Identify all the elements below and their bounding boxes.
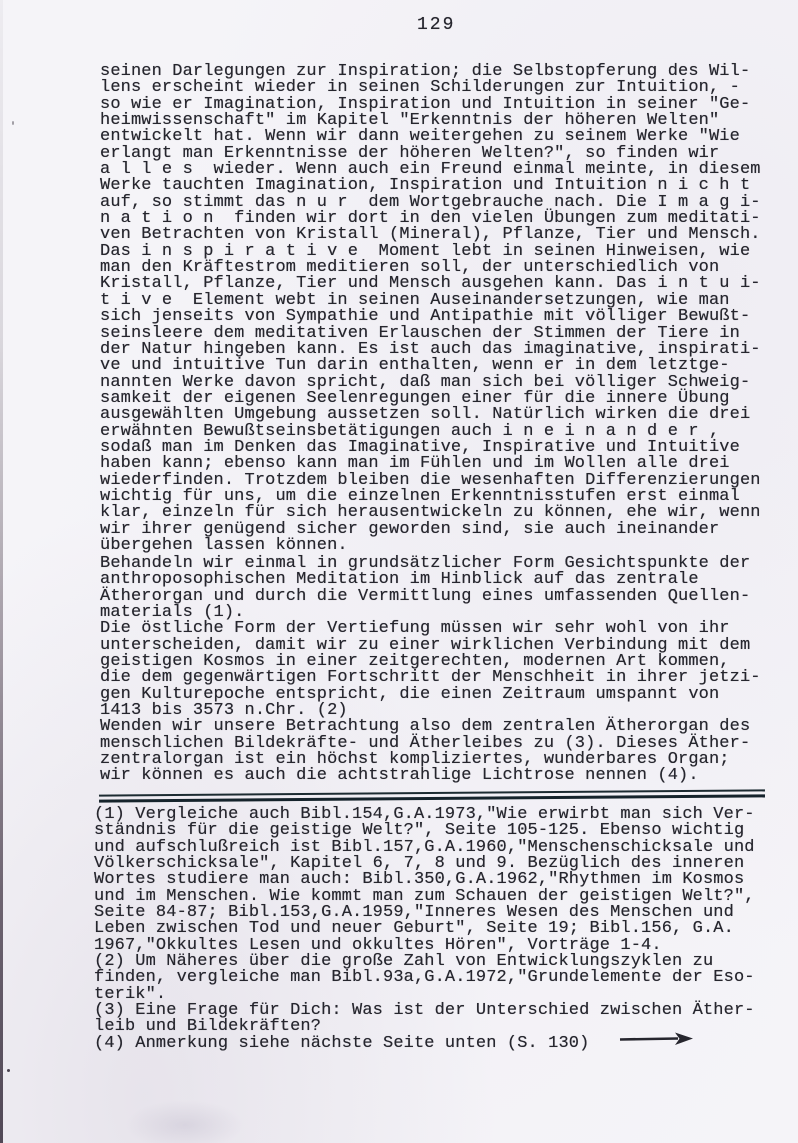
footnote-separator-rule: [99, 789, 765, 803]
text-line: wir können es auch die achtstrahlige Lic…: [100, 768, 761, 784]
scan-shadow: [125, 1100, 245, 1143]
right-arrow-icon: [618, 1029, 696, 1049]
scan-edge-artifact: [0, 0, 3, 1143]
text-line: übergehen lassen können.: [100, 538, 761, 554]
scanned-document-page: 129 seinen Darlegungen zur Inspiration; …: [0, 0, 798, 1143]
paper-speck: [12, 121, 14, 125]
body-paragraph-1: seinen Darlegungen zur Inspiration; die …: [100, 64, 761, 554]
page-number: 129: [417, 15, 455, 35]
text-line: finden, vergleiche man Bibl.93a,G.A.1972…: [94, 970, 755, 986]
paper-speck: [7, 1069, 10, 1072]
footnotes: (1) Vergleiche auch Bibl.154,G.A.1973,"W…: [94, 807, 755, 1052]
body-paragraph-2: Behandeln wir einmal in grundsätzlicher …: [100, 556, 761, 785]
